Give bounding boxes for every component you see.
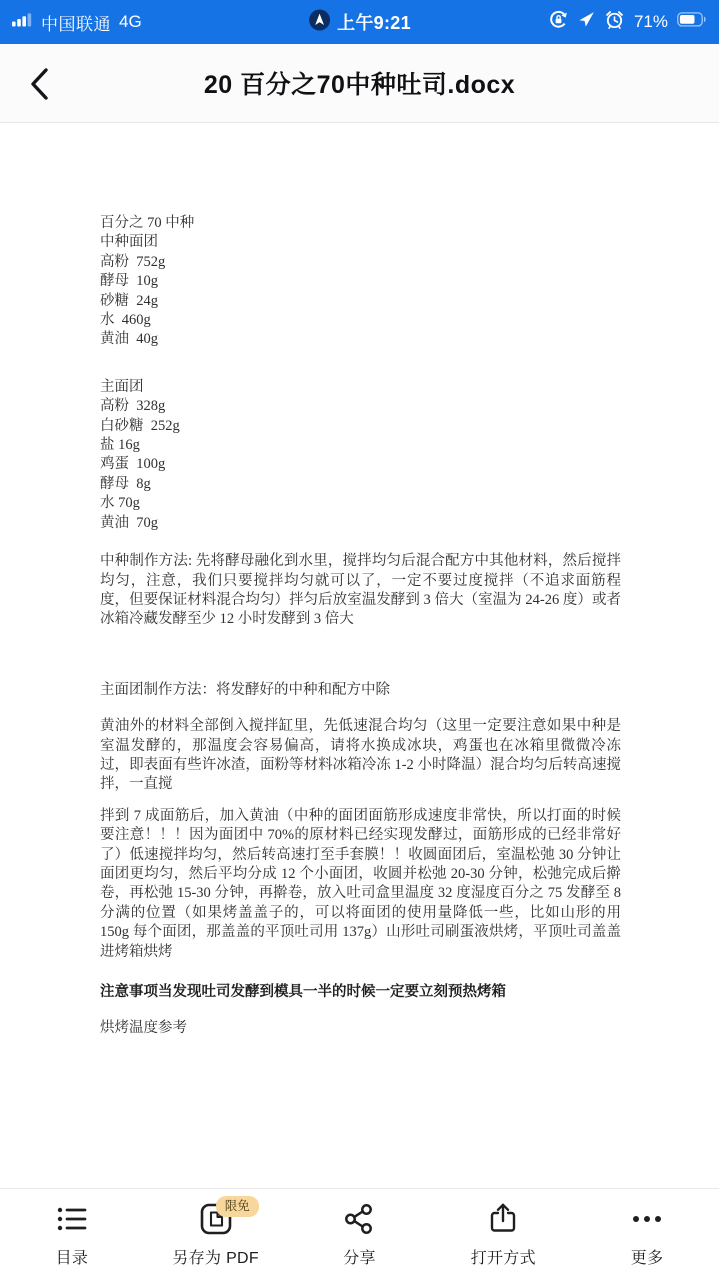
doc-line: 砂糖 24g [100,292,621,311]
doc-line: 中种面团 [100,233,621,252]
rotation-lock-icon [548,9,569,35]
doc-line: 鸡蛋 100g [100,455,621,474]
toolbar-item-more[interactable]: 更多 [575,1189,719,1280]
location-services-icon [578,11,595,33]
limited-free-badge: 限免 [216,1196,259,1217]
share-icon [341,1201,377,1242]
doc-line: 高粉 328g [100,397,621,416]
doc-line: 酵母 8g [100,475,621,494]
toolbar-label: 分享 [343,1245,376,1268]
signal-strength-icon [12,12,33,32]
status-center-group: 上午9:21 [308,0,411,44]
document-title: 20 百分之70中种吐司.docx [0,65,719,101]
doc-line: 黄油 70g [100,514,621,533]
doc-line: 主面团 [100,378,621,397]
clock-time: 上午9:21 [337,9,411,35]
nav-bar: 20 百分之70中种吐司.docx [0,44,719,123]
mixing-paragraph: 黄油外的材料全部倒入搅拌缸里，先低速混合均匀（这里一定要注意如果中种是室温发酵的… [100,717,621,795]
main-dough-method-paragraph: 主面团制作方法：将发酵好的中种和配方中除 [100,681,621,700]
doc-line: 百分之 70 中种 [100,214,621,233]
toolbar-label: 更多 [631,1245,664,1268]
document-page: 百分之 70 中种 中种面团 高粉 752g 酵母 10g 砂糖 24g 水 4… [100,124,621,1039]
chevron-left-icon [28,66,50,107]
network-type-label: 4G [119,12,142,32]
doc-line: 白砂糖 252g [100,417,621,436]
sponge-method-paragraph: 中种制作方法: 先将酵母融化到水里，搅拌均匀后混合配方中其他材料，然后搅拌均匀，… [100,552,621,630]
kneading-paragraph: 拌到 7 成面筋后，加入黄油（中种的面团面筋形成速度非常快，所以打面的时候要注意… [100,807,621,962]
doc-line: 黄油 40g [100,330,621,349]
doc-line: 盐 16g [100,436,621,455]
toolbar-item-save-as-pdf[interactable]: 限免 另存为 PDF [144,1189,288,1280]
document-viewport[interactable]: 百分之 70 中种 中种面团 高粉 752g 酵母 10g 砂糖 24g 水 4… [0,124,719,1188]
doc-line: 高粉 752g [100,253,621,272]
doc-line: 水 460g [100,311,621,330]
bottom-toolbar: 目录 限免 另存为 PDF [0,1188,719,1280]
open-with-icon [485,1201,521,1242]
battery-percent-label: 71% [634,12,668,32]
toolbar-item-open-with[interactable]: 打开方式 [431,1189,575,1280]
alarm-clock-icon [604,9,625,35]
baking-temperature-line: 烘烤温度参考 [100,1019,621,1038]
toc-icon [54,1201,90,1242]
carrier-label: 中国联通 [41,10,111,35]
toolbar-label: 另存为 PDF [172,1245,259,1268]
doc-line: 酵母 10g [100,272,621,291]
status-bar: 中国联通 4G 上午9:21 [0,0,719,44]
status-left-group: 中国联通 4G [12,10,142,35]
toolbar-item-toc[interactable]: 目录 [0,1189,144,1280]
preheat-note-bold: 注意事项当发现吐司发酵到模具一半的时候一定要立刻预热烤箱 [100,983,621,1002]
status-right-group: 71% [548,9,707,35]
sponge-ingredients-section: 百分之 70 中种 中种面团 高粉 752g 酵母 10g 砂糖 24g 水 4… [100,214,621,350]
navigation-active-icon [308,9,330,36]
toolbar-label: 目录 [56,1245,89,1268]
battery-icon [677,12,707,32]
more-icon [629,1201,665,1242]
toolbar-item-share[interactable]: 分享 [288,1189,432,1280]
back-button[interactable] [24,68,54,104]
doc-line: 水 70g [100,494,621,513]
toolbar-label: 打开方式 [471,1245,536,1268]
main-dough-ingredients-section: 主面团 高粉 328g 白砂糖 252g 盐 16g 鸡蛋 100g 酵母 8g… [100,378,621,533]
app-window: 中国联通 4G 上午9:21 [0,0,719,1280]
